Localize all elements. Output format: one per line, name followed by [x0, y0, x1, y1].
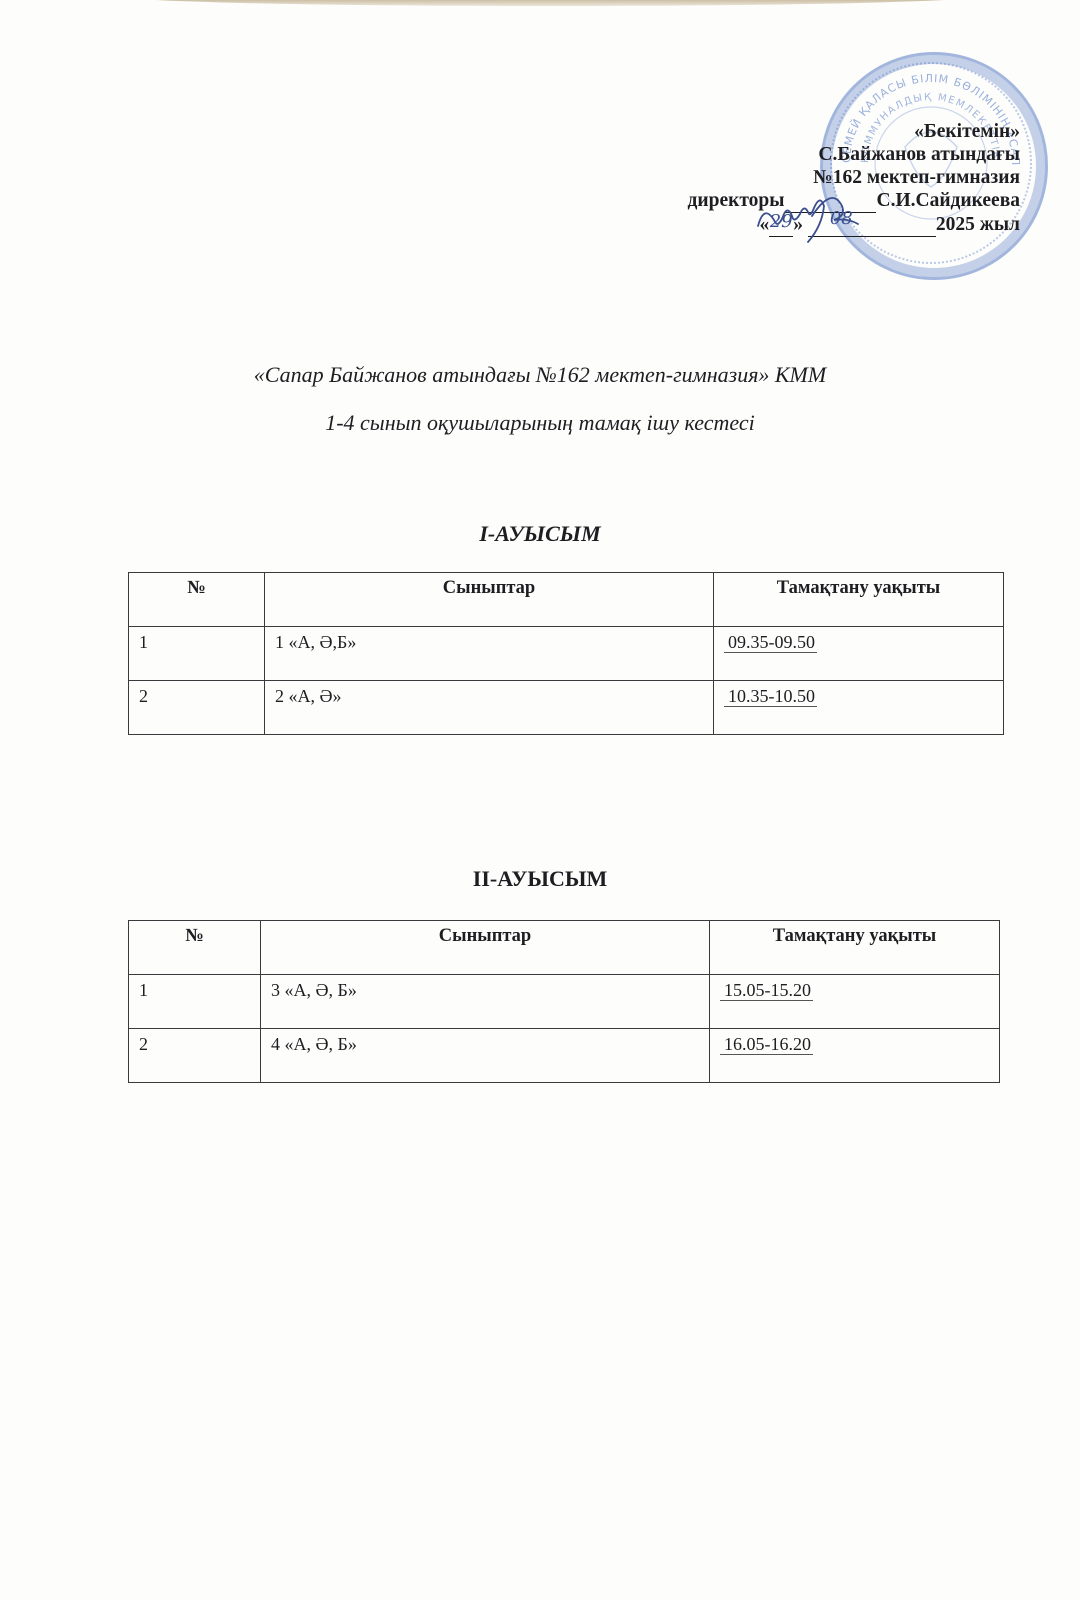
row-classes: 3 «А, Ә, Б»: [261, 975, 710, 1029]
col-classes-header: Сыныптар: [265, 573, 714, 627]
signature-icon: [750, 186, 870, 256]
row-time-cell: 09.35-09.50: [714, 627, 1004, 681]
approval-heading: «Бекітемін»: [688, 120, 1021, 143]
row-time: 10.35-10.50: [724, 686, 817, 707]
paper-top-edge: [120, 0, 980, 6]
row-number: 2: [129, 1029, 261, 1083]
row-classes: 2 «А, Ә»: [265, 681, 714, 735]
table-header-row: № Сыныптар Тамақтану уақыты: [129, 573, 1004, 627]
row-classes: 4 «А, Ә, Б»: [261, 1029, 710, 1083]
row-time: 09.35-09.50: [724, 632, 817, 653]
row-time: 15.05-15.20: [720, 980, 813, 1001]
row-time-cell: 15.05-15.20: [710, 975, 1000, 1029]
col-classes-header: Сыныптар: [261, 921, 710, 975]
row-number: 1: [129, 627, 265, 681]
shift-2-heading: II-АУЫСЫМ: [0, 866, 1080, 892]
col-number-header: №: [129, 573, 265, 627]
document-title: «Сапар Байжанов атындағы №162 мектеп-гим…: [0, 362, 1080, 388]
shift-1-table: № Сыныптар Тамақтану уақыты 1 1 «А, Ә,Б»…: [128, 572, 1004, 735]
approval-school-line1: С.Байжанов атындағы: [688, 143, 1021, 166]
table-row: 1 3 «А, Ә, Б» 15.05-15.20: [129, 975, 1000, 1029]
row-number: 1: [129, 975, 261, 1029]
col-time-header: Тамақтану уақыты: [710, 921, 1000, 975]
row-classes: 1 «А, Ә,Б»: [265, 627, 714, 681]
table-row: 2 2 «А, Ә» 10.35-10.50: [129, 681, 1004, 735]
shift-2-table: № Сыныптар Тамақтану уақыты 1 3 «А, Ә, Б…: [128, 920, 1000, 1083]
row-time-cell: 16.05-16.20: [710, 1029, 1000, 1083]
col-number-header: №: [129, 921, 261, 975]
table-row: 1 1 «А, Ә,Б» 09.35-09.50: [129, 627, 1004, 681]
row-time: 16.05-16.20: [720, 1034, 813, 1055]
table-header-row: № Сыныптар Тамақтану уақыты: [129, 921, 1000, 975]
col-time-header: Тамақтану уақыты: [714, 573, 1004, 627]
signatory-name: С.И.Сайдикеева: [876, 190, 1020, 211]
row-number: 2: [129, 681, 265, 735]
row-time-cell: 10.35-10.50: [714, 681, 1004, 735]
table-row: 2 4 «А, Ә, Б» 16.05-16.20: [129, 1029, 1000, 1083]
shift-1-heading: I-АУЫСЫМ: [0, 521, 1080, 547]
date-year: 2025 жыл: [936, 214, 1020, 235]
document-subtitle: 1-4 сынып оқушыларының тамақ ішу кестесі: [0, 410, 1080, 436]
